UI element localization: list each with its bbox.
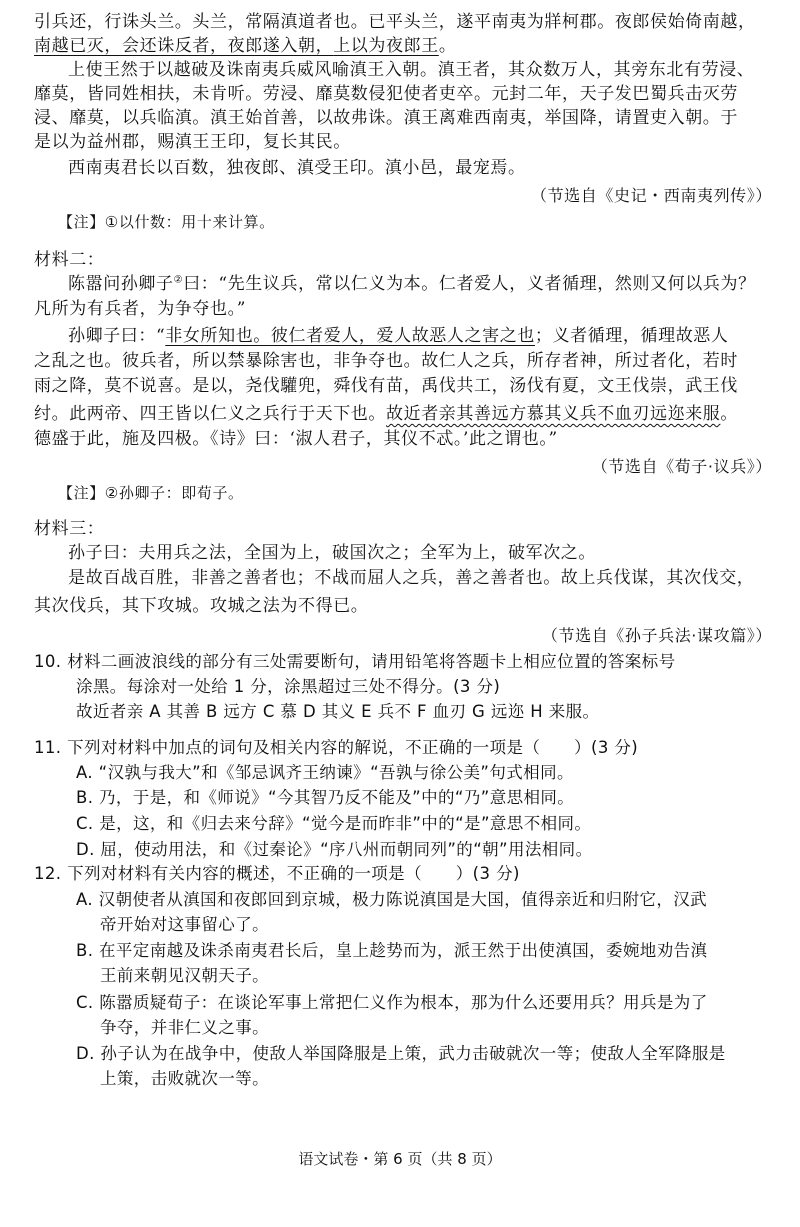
material3-heading: 材料三： [34,517,774,541]
question-12-option-b-cont: 王前来朝见汉朝天子。 [100,964,800,988]
material2-line-4: 之乱之也。彼兵者，所以禁暴除害也，非争夺也。故仁人之兵，所存者神，所过者化，若时 [34,349,774,373]
question-11-option-b: B. 乃，于是，和《师说》“今其智乃反不能及”中的“乃”意思相同。 [76,786,800,810]
exam-page: 引兵还，行诛头兰。头兰，常隔滇道者也。已平头兰，遂平南夷为牂柯郡。夜郎侯始倚南越… [0,0,800,1227]
question-12-option-d-cont: 上策，击败就次一等。 [100,1067,800,1091]
material3-line-3: 其次伐兵，其下攻城。攻城之法为不得已。 [34,594,774,618]
material3-line-2: 是故百战百胜，非善之善者也；不战而屈人之兵，善之善者也。故上兵伐谋，其次伐交， [68,566,800,590]
wavy-underlined-text: 故近者亲其善远方慕其义兵不血刃远迩来服 [386,404,720,424]
material1-line-4: 靡莫，皆同姓相扶，未肯听。劳浸、靡莫数侵犯使者吏卒。元封二年，天子发巴蜀兵击灭劳 [34,82,774,106]
material2-line-6: 纣。此两帝、四王皆以仁义之兵行于天下也。故近者亲其善远方慕其义兵不血刃远迩来服。 [34,402,774,426]
material1-line-6: 是以为益州郡，赐滇王王印，复长其民。 [34,130,774,154]
material1-source: （节选自《史记・西南夷列传》） [531,184,772,208]
question-10-line-3: 故近者亲 A 其善 B 远方 C 慕 D 其义 E 兵不 F 血刃 G 远迩 H… [76,700,800,724]
question-12-option-b: B. 在平定南越及诛杀南夷君长后，皇上趁势而为，派王然于出使滇国，委婉地劝告滇 [76,939,800,963]
material2-line-3: 孙卿子曰：“非女所知也。彼仁者爱人，爱人故恶人之害之也；义者循理，循理故恶人 [68,324,800,348]
material2-line-7: 德盛于此，施及四极。《诗》曰：‘淑人君子，其仪不忒。’此之谓也。” [34,427,774,451]
question-12-stem: 12. 下列对材料有关内容的概述，不正确的一项是（ ）(3 分) [34,862,774,886]
page-footer: 语文试卷・第 6 页（共 8 页） [0,1148,800,1169]
question-12-option-a-cont: 帝开始对这事留心了。 [100,913,800,937]
question-11-option-a: A. “汉孰与我大”和《邹忌讽齐王纳谏》“吾孰与徐公美”句式相同。 [76,761,800,785]
material1-line-3: 上使王然于以越破及诛南夷兵威风喻滇王入朝。滇王者，其众数万人，其旁东北有劳浸、 [68,58,800,82]
material2-note: 【注】②孙卿子：即荀子。 [58,481,798,505]
material2-line-5: 雨之降，莫不说喜。是以，尧伐驩兜，舜伐有苗，禹伐共工，汤伐有夏，文王伐崇，武王伐 [34,374,774,398]
material3-source: （节选自《孙子兵法·谋攻篇》） [542,624,772,648]
question-11-stem: 11. 下列对材料中加点的词句及相关内容的解说，不正确的一项是（ ）(3 分) [34,736,774,760]
question-11-option-d: D. 屈，使动用法，和《过秦论》“序八州而朝同列”的“朝”用法相同。 [76,838,800,862]
material2-line-2: 凡所为有兵者，为争夺也。” [34,297,774,321]
material1-line-7: 西南夷君长以百数，独夜郎、滇受王印。滇小邑，最宠焉。 [68,156,800,180]
material1-line-2: 南越已灭，会还诛反者，夜郎遂入朝，上以为夜郎王。 [34,34,774,58]
question-10-line-2: 涂黑。每涂对一处给 1 分，涂黑超过三处不得分。(3 分) [76,675,800,699]
material2-line-1: 陈嚣问孙卿子②曰：“先生议兵，常以仁义为本。仁者爱人，义者循理，然则又何以兵为？ [68,272,800,296]
material2-source: （节选自《荀子·议兵》） [592,455,772,479]
question-10-stem: 10. 材料二画波浪线的部分有三处需要断句，请用铅笔将答题卡上相应位置的答案标号 [34,650,774,674]
question-12-option-d: D. 孙子认为在战争中，使敌人举国降服是上策，武力击破就次一等；使敌人全军降服是 [76,1042,800,1066]
material1-line-1: 引兵还，行诛头兰。头兰，常隔滇道者也。已平头兰，遂平南夷为牂柯郡。夜郎侯始倚南越… [34,10,774,34]
question-12-option-c: C. 陈嚣质疑荀子：在谈论军事上常把仁义作为根本，那为什么还要用兵？用兵是为了 [76,991,800,1015]
underlined-text: 南越已灭，会还诛反者，夜郎遂入朝， [34,36,333,56]
question-12-option-c-cont: 争夺，并非仁义之事。 [100,1016,800,1040]
material1-note: 【注】①以什数：用十来计算。 [58,210,798,234]
material2-heading: 材料二： [34,248,774,272]
material3-line-1: 孙子曰：夫用兵之法，全国为上，破国次之；全军为上，破军次之。 [68,541,800,565]
underlined-text: 非女所知也。彼仁者爱人，爱人故恶人之害之也 [165,326,535,346]
question-11-option-c: C. 是，这，和《归去来兮辞》“觉今是而昨非”中的“是”意思不相同。 [76,812,800,836]
material1-line-5: 浸、靡莫，以兵临滇。滇王始首善，以故弗诛。滇王离难西南夷，举国降，请置吏入朝。于 [34,106,774,130]
underlined-text: 上以为夜郎王 [333,36,439,56]
question-12-option-a: A. 汉朝使者从滇国和夜郎回到京城，极力陈说滇国是大国，值得亲近和归附它，汉武 [76,888,800,912]
